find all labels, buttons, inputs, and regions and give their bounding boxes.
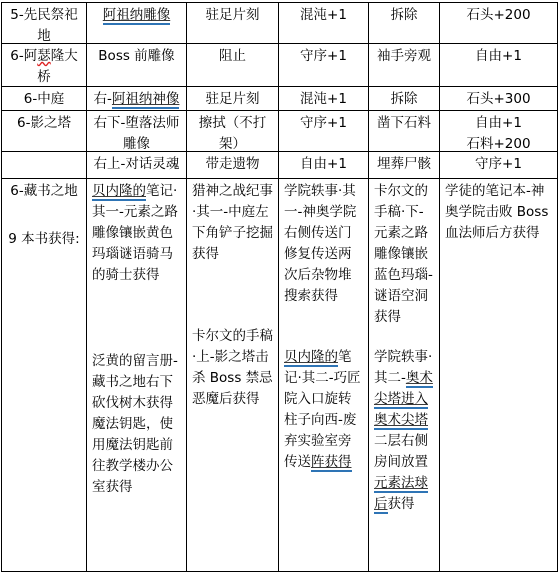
cell-content: Boss 前雕像 bbox=[92, 46, 181, 86]
paragraph: 自由+1 bbox=[445, 113, 552, 134]
text-segment: 右- bbox=[94, 91, 112, 107]
text-segment: 带走遗物 bbox=[206, 156, 260, 172]
cell-content: 6-阿瑟隆大桥 bbox=[7, 46, 81, 86]
paragraph: 猎神之战纪事·其一-中庭左下角铲子挖掘获得 bbox=[192, 181, 273, 265]
cell-r6-c5: 卡尔文的手稿·下-元素之路雕像镶嵌蓝色玛瑙-谜语空洞获得学院轶事·其二-奥术尖塔… bbox=[369, 179, 440, 572]
cell-content: 石头+200 bbox=[445, 5, 552, 43]
grammar-flagged-text: 贝内隆的 bbox=[92, 183, 146, 201]
cell-r4-c5: 凿下石料 bbox=[369, 111, 440, 152]
cell-r5-c5: 埋葬尸骸 bbox=[369, 152, 440, 179]
cell-r3-c6: 石头+300 bbox=[440, 87, 558, 111]
paragraph: 学院轶事·其一-神奥学院右侧传送门修复传送两次后杂物堆搜索获得 bbox=[284, 181, 363, 307]
cell-r4-c4: 守序+1 bbox=[279, 111, 369, 152]
text-segment: 驻足片刻 bbox=[206, 91, 260, 107]
cell-content: 学院轶事·其一-神奥学院右侧传送门修复传送两次后杂物堆搜索获得贝内隆的笔记·其二… bbox=[284, 181, 363, 571]
cell-content: 6-藏书之地9 本书获得: bbox=[7, 181, 81, 571]
paragraph: 带走遗物 bbox=[192, 154, 273, 175]
table-row: 6-藏书之地9 本书获得:贝内隆的笔记·其一-元素之路雕像镶嵌黄色玛瑙谜语骑马的… bbox=[2, 179, 558, 572]
paragraph: 6-藏书之地 bbox=[7, 181, 81, 202]
cell-content: 守序+1 bbox=[284, 113, 363, 151]
text-segment: 石头+300 bbox=[466, 91, 530, 107]
cell-r3-c4: 混沌+1 bbox=[279, 87, 369, 111]
cell-r6-c3: 猎神之战纪事·其一-中庭左下角铲子挖掘获得卡尔文的手稿·上-影之塔击杀 Boss… bbox=[187, 179, 279, 572]
cell-r3-c2: 右-阿祖纳神像 bbox=[87, 87, 187, 111]
table-row: 5-先民祭祀地阿祖纳雕像驻足片刻混沌+1拆除石头+200 bbox=[2, 3, 558, 44]
paragraph: 袖手旁观 bbox=[374, 46, 434, 67]
cell-content: 5-先民祭祀地 bbox=[7, 5, 81, 43]
text-segment: 拆除 bbox=[391, 7, 418, 23]
paragraph: 石头+200 bbox=[445, 5, 552, 26]
text-segment: 学徒的笔记本-神奥学院击败 Boss 血法师后方获得 bbox=[445, 183, 548, 241]
text-segment: 获得 bbox=[388, 496, 415, 512]
paragraph: 9 本书获得: bbox=[7, 229, 81, 250]
cell-r2-c2: Boss 前雕像 bbox=[87, 44, 187, 87]
text-segment: 泛黄的留言册-藏书之地右下砍伐树木获得魔法钥匙，使用魔法钥匙前往教学楼办公室获得 bbox=[92, 353, 178, 495]
paragraph: 贝内隆的笔记·其二-巧匠院入口旋转柱子向西-废弃实验室旁传送阵获得 bbox=[284, 347, 363, 473]
cell-r1-c3: 驻足片刻 bbox=[187, 3, 279, 44]
cell-r2-c4: 守序+1 bbox=[279, 44, 369, 87]
text-segment: Boss 前雕像 bbox=[98, 48, 174, 64]
spellcheck-flagged-text: 瑟 bbox=[37, 48, 51, 64]
cell-r4-c3: 擦拭（不打架） bbox=[187, 111, 279, 152]
cell-r6-c6: 学徒的笔记本-神奥学院击败 Boss 血法师后方获得 bbox=[440, 179, 558, 572]
grammar-flagged-text: 阵获得 bbox=[311, 454, 352, 472]
table-body: 5-先民祭祀地阿祖纳雕像驻足片刻混沌+1拆除石头+2006-阿瑟隆大桥Boss … bbox=[2, 3, 558, 572]
cell-content bbox=[7, 154, 81, 178]
cell-content: 拆除 bbox=[374, 5, 434, 43]
cell-content: 学徒的笔记本-神奥学院击败 Boss 血法师后方获得 bbox=[445, 181, 552, 571]
cell-r1-c6: 石头+200 bbox=[440, 3, 558, 44]
cell-r6-c2: 贝内隆的笔记·其一-元素之路雕像镶嵌黄色玛瑙谜语骑马的骑士获得泛黄的留言册-藏书… bbox=[87, 179, 187, 572]
paragraph: 卡尔文的手稿·下-元素之路雕像镶嵌蓝色玛瑙-谜语空洞获得 bbox=[374, 181, 434, 328]
cell-r4-c1: 6-影之塔 bbox=[2, 111, 87, 152]
paragraph: 阿祖纳雕像 bbox=[92, 5, 181, 26]
paragraph: 混沌+1 bbox=[284, 5, 363, 26]
paragraph: 凿下石料 bbox=[374, 113, 434, 134]
cell-content: 石头+300 bbox=[445, 89, 552, 110]
cell-content: 擦拭（不打架） bbox=[192, 113, 273, 151]
text-segment: 卡尔文的手稿·上-影之塔击杀 Boss 禁忌恶魔后获得 bbox=[192, 328, 273, 407]
table-row: 6-影之塔右下-堕落法师雕像擦拭（不打架）守序+1凿下石料自由+1石料+200 bbox=[2, 111, 558, 152]
cell-content: 袖手旁观 bbox=[374, 46, 434, 86]
cell-content: 贝内隆的笔记·其一-元素之路雕像镶嵌黄色玛瑙谜语骑马的骑士获得泛黄的留言册-藏书… bbox=[92, 181, 181, 571]
cell-content: 自由+1石料+200 bbox=[445, 113, 552, 151]
grammar-flagged-text: 阿祖纳神像 bbox=[112, 91, 180, 109]
text-segment: 拆除 bbox=[391, 91, 418, 107]
cell-r5-c1 bbox=[2, 152, 87, 179]
cell-content: 混沌+1 bbox=[284, 5, 363, 43]
text-segment: 自由+1 bbox=[475, 115, 522, 131]
cell-r2-c6: 自由+1 bbox=[440, 44, 558, 87]
cell-content: 混沌+1 bbox=[284, 89, 363, 110]
cell-content: 卡尔文的手稿·下-元素之路雕像镶嵌蓝色玛瑙-谜语空洞获得学院轶事·其二-奥术尖塔… bbox=[374, 181, 434, 571]
cell-r2-c5: 袖手旁观 bbox=[369, 44, 440, 87]
text-segment: 阻止 bbox=[219, 48, 246, 64]
cell-r5-c6: 守序+1 bbox=[440, 152, 558, 179]
cell-content: 猎神之战纪事·其一-中庭左下角铲子挖掘获得卡尔文的手稿·上-影之塔击杀 Boss… bbox=[192, 181, 273, 571]
cell-content: 守序+1 bbox=[445, 154, 552, 178]
paragraph: 贝内隆的笔记·其一-元素之路雕像镶嵌黄色玛瑙谜语骑马的骑士获得 bbox=[92, 181, 181, 286]
text-segment: 9 本书获得: bbox=[8, 231, 79, 247]
text-segment: 守序+1 bbox=[475, 156, 522, 172]
paragraph: 擦拭（不打架） bbox=[192, 113, 273, 151]
paragraph: 石料+200 bbox=[445, 134, 552, 151]
cell-content: 凿下石料 bbox=[374, 113, 434, 151]
table-row: 6-阿瑟隆大桥Boss 前雕像阻止守序+1袖手旁观自由+1 bbox=[2, 44, 558, 87]
cell-content: 右下-堕落法师雕像 bbox=[92, 113, 181, 151]
cell-r5-c4: 自由+1 bbox=[279, 152, 369, 179]
cell-r1-c2: 阿祖纳雕像 bbox=[87, 3, 187, 44]
cell-content: 6-影之塔 bbox=[7, 113, 81, 151]
cell-content: 6-中庭 bbox=[7, 89, 81, 110]
text-segment: 擦拭（不打架） bbox=[199, 115, 267, 151]
paragraph: 守序+1 bbox=[445, 154, 552, 175]
paragraph: 拆除 bbox=[374, 5, 434, 26]
cell-r4-c2: 右下-堕落法师雕像 bbox=[87, 111, 187, 152]
text-segment: 袖手旁观 bbox=[377, 48, 431, 64]
text-segment: 卡尔文的手稿·下-元素之路雕像镶嵌蓝色玛瑙-谜语空洞获得 bbox=[374, 183, 433, 325]
paragraph: 泛黄的留言册-藏书之地右下砍伐树木获得魔法钥匙，使用魔法钥匙前往教学楼办公室获得 bbox=[92, 351, 181, 498]
paragraph: 驻足片刻 bbox=[192, 5, 273, 26]
table-row: 右上-对话灵魂带走遗物自由+1埋葬尸骸守序+1 bbox=[2, 152, 558, 179]
cell-content: 拆除 bbox=[374, 89, 434, 110]
text-segment: 混沌+1 bbox=[300, 7, 347, 23]
paragraph: 混沌+1 bbox=[284, 89, 363, 110]
cell-r2-c1: 6-阿瑟隆大桥 bbox=[2, 44, 87, 87]
paragraph: 守序+1 bbox=[284, 46, 363, 67]
paragraph: 埋葬尸骸 bbox=[374, 154, 434, 175]
text-segment: 右上-对话灵魂 bbox=[94, 156, 180, 172]
paragraph: 右上-对话灵魂 bbox=[92, 154, 181, 175]
paragraph: Boss 前雕像 bbox=[92, 46, 181, 67]
paragraph: 守序+1 bbox=[284, 113, 363, 134]
paragraph: 石头+300 bbox=[445, 89, 552, 110]
text-segment: 5-先民祭祀地 bbox=[10, 7, 77, 43]
text-segment: 笔记·其二-巧匠院入口旋转柱子向西-废弃实验室旁传送 bbox=[284, 349, 361, 470]
text-segment: 混沌+1 bbox=[300, 91, 347, 107]
cell-content: 守序+1 bbox=[284, 46, 363, 86]
text-segment: 6-影之塔 bbox=[17, 115, 71, 131]
text-segment: 守序+1 bbox=[300, 48, 347, 64]
paragraph: 6-阿瑟隆大桥 bbox=[7, 46, 81, 86]
text-segment: 6-藏书之地 bbox=[10, 183, 77, 199]
cell-r4-c6: 自由+1石料+200 bbox=[440, 111, 558, 152]
paragraph: 自由+1 bbox=[284, 154, 363, 175]
cell-content: 带走遗物 bbox=[192, 154, 273, 178]
text-segment: 猎神之战纪事·其一-中庭左下角铲子挖掘获得 bbox=[192, 183, 273, 262]
text-segment: 石料+200 bbox=[466, 136, 530, 151]
text-segment: 自由+1 bbox=[475, 48, 522, 64]
text-segment: 二层右侧房间放置 bbox=[374, 433, 428, 470]
cell-content: 右-阿祖纳神像 bbox=[92, 89, 181, 110]
cell-r1-c1: 5-先民祭祀地 bbox=[2, 3, 87, 44]
paragraph: 卡尔文的手稿·上-影之塔击杀 Boss 禁忌恶魔后获得 bbox=[192, 326, 273, 410]
cell-r1-c5: 拆除 bbox=[369, 3, 440, 44]
cell-content: 右上-对话灵魂 bbox=[92, 154, 181, 178]
paragraph: 右-阿祖纳神像 bbox=[92, 89, 181, 110]
cell-r3-c5: 拆除 bbox=[369, 87, 440, 111]
cell-r5-c2: 右上-对话灵魂 bbox=[87, 152, 187, 179]
text-segment: 凿下石料 bbox=[377, 115, 431, 131]
paragraph: 6-影之塔 bbox=[7, 113, 81, 134]
text-segment: 埋葬尸骸 bbox=[377, 156, 431, 172]
paragraph: 阻止 bbox=[192, 46, 273, 67]
cell-content: 阻止 bbox=[192, 46, 273, 86]
paragraph: 驻足片刻 bbox=[192, 89, 273, 110]
grammar-flagged-text: 阿祖纳雕像 bbox=[103, 7, 171, 25]
cell-r2-c3: 阻止 bbox=[187, 44, 279, 87]
text-segment: 右下-堕落法师雕像 bbox=[94, 115, 180, 151]
cell-r6-c1: 6-藏书之地9 本书获得: bbox=[2, 179, 87, 572]
cell-content: 自由+1 bbox=[284, 154, 363, 178]
cell-r5-c3: 带走遗物 bbox=[187, 152, 279, 179]
grammar-flagged-text: 贝内隆的 bbox=[284, 349, 338, 367]
cell-r3-c1: 6-中庭 bbox=[2, 87, 87, 111]
text-segment: 石头+200 bbox=[466, 7, 530, 23]
cell-content: 驻足片刻 bbox=[192, 5, 273, 43]
text-segment: 自由+1 bbox=[300, 156, 347, 172]
paragraph: 右下-堕落法师雕像 bbox=[92, 113, 181, 151]
paragraph: 学徒的笔记本-神奥学院击败 Boss 血法师后方获得 bbox=[445, 181, 552, 244]
cell-r3-c3: 驻足片刻 bbox=[187, 87, 279, 111]
text-segment: 驻足片刻 bbox=[206, 7, 260, 23]
table-row: 6-中庭右-阿祖纳神像驻足片刻混沌+1拆除石头+300 bbox=[2, 87, 558, 111]
cell-content: 自由+1 bbox=[445, 46, 552, 86]
paragraph: 学院轶事·其二-奥术尖塔进入奥术尖塔二层右侧房间放置元素法球后获得 bbox=[374, 347, 434, 515]
cell-content: 驻足片刻 bbox=[192, 89, 273, 110]
paragraph: 5-先民祭祀地 bbox=[7, 5, 81, 43]
text-segment: 6-中庭 bbox=[24, 91, 64, 107]
cell-content: 埋葬尸骸 bbox=[374, 154, 434, 178]
text-segment: 6-阿 bbox=[10, 48, 37, 64]
text-segment: 学院轶事·其一-神奥学院右侧传送门修复传送两次后杂物堆搜索获得 bbox=[284, 183, 356, 304]
paragraph: 自由+1 bbox=[445, 46, 552, 67]
cell-content: 阿祖纳雕像 bbox=[92, 5, 181, 43]
cell-r6-c4: 学院轶事·其一-神奥学院右侧传送门修复传送两次后杂物堆搜索获得贝内隆的笔记·其二… bbox=[279, 179, 369, 572]
document-table: 5-先民祭祀地阿祖纳雕像驻足片刻混沌+1拆除石头+2006-阿瑟隆大桥Boss … bbox=[1, 2, 558, 572]
paragraph: 6-中庭 bbox=[7, 89, 81, 110]
text-segment: 守序+1 bbox=[300, 115, 347, 131]
paragraph: 拆除 bbox=[374, 89, 434, 110]
cell-r1-c4: 混沌+1 bbox=[279, 3, 369, 44]
